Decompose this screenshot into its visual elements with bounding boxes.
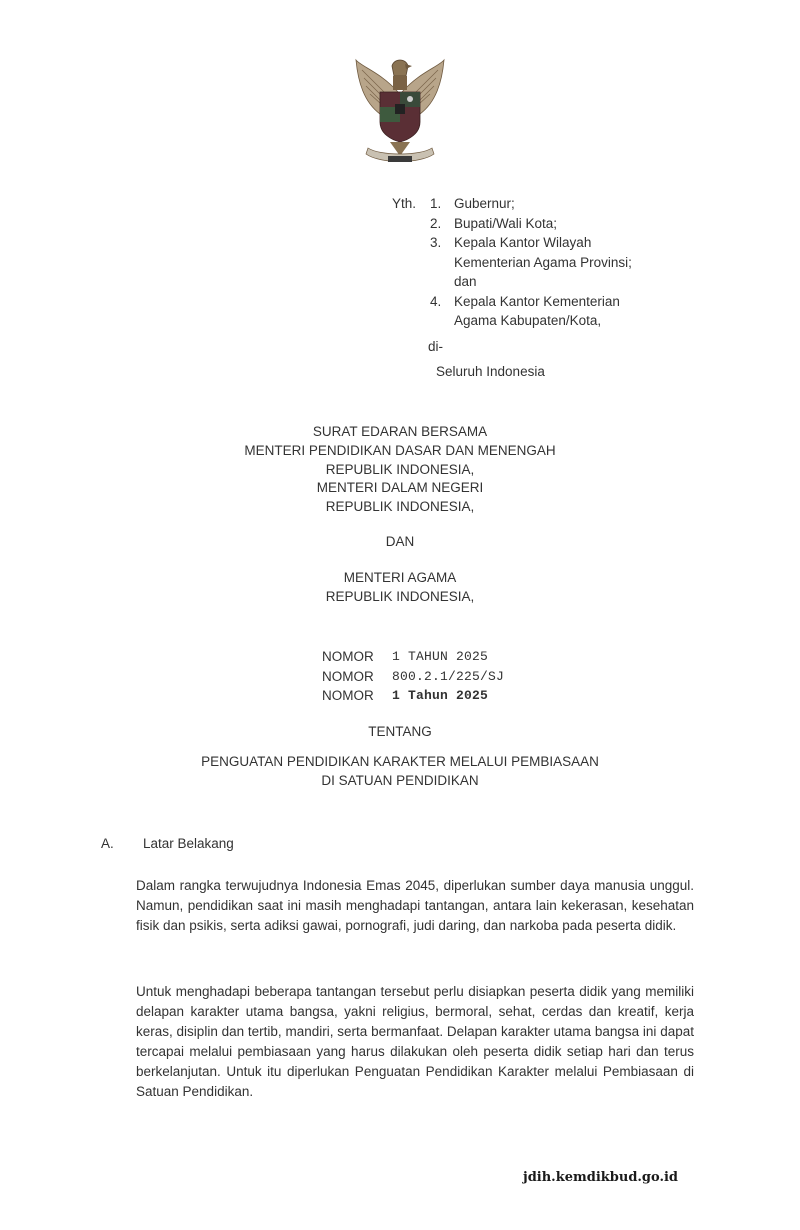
garuda-emblem-icon	[350, 52, 450, 170]
nomor-row: NOMOR 1 TAHUN 2025	[322, 647, 504, 667]
nomor-row: NOMOR 800.2.1/225/SJ	[322, 667, 504, 687]
recipient-4: Kepala Kantor Kementerian	[454, 292, 620, 312]
recipient-2: Bupati/Wali Kota;	[454, 214, 557, 234]
title-block-1: SURAT EDARAN BERSAMA MENTERI PENDIDIKAN …	[0, 422, 800, 479]
title-conjunction: DAN	[0, 532, 800, 551]
title-block-2: MENTERI DALAM NEGERI REPUBLIK INDONESIA,	[0, 478, 800, 516]
tentang-label: TENTANG	[0, 722, 800, 741]
addressee-di: di-	[392, 337, 632, 357]
paragraph-2: Untuk menghadapi beberapa tantangan ters…	[136, 982, 694, 1102]
document-type: SURAT EDARAN BERSAMA	[0, 422, 800, 441]
nomor-row: NOMOR 1 Tahun 2025	[322, 686, 504, 706]
document-subject: PENGUATAN PENDIDIKAN KARAKTER MELALUI PE…	[0, 752, 800, 790]
addressee-place: Seluruh Indonesia	[392, 362, 632, 382]
document-numbers: NOMOR 1 TAHUN 2025 NOMOR 800.2.1/225/SJ …	[322, 647, 504, 706]
section-heading: A. Latar Belakang	[101, 836, 234, 851]
recipient-3: Kepala Kantor Wilayah	[454, 233, 591, 253]
paragraph-1: Dalam rangka terwujudnya Indonesia Emas …	[136, 876, 694, 936]
footer-source-url: jdih.kemdikbud.go.id	[523, 1170, 678, 1185]
recipient-1: Gubernur;	[454, 194, 515, 214]
title-block-3: MENTERI AGAMA REPUBLIK INDONESIA,	[0, 568, 800, 606]
addressee-block: Yth. 1. Gubernur; 2. Bupati/Wali Kota; 3…	[392, 194, 632, 382]
section-title: Latar Belakang	[143, 836, 234, 851]
addressee-label: Yth.	[392, 194, 430, 214]
